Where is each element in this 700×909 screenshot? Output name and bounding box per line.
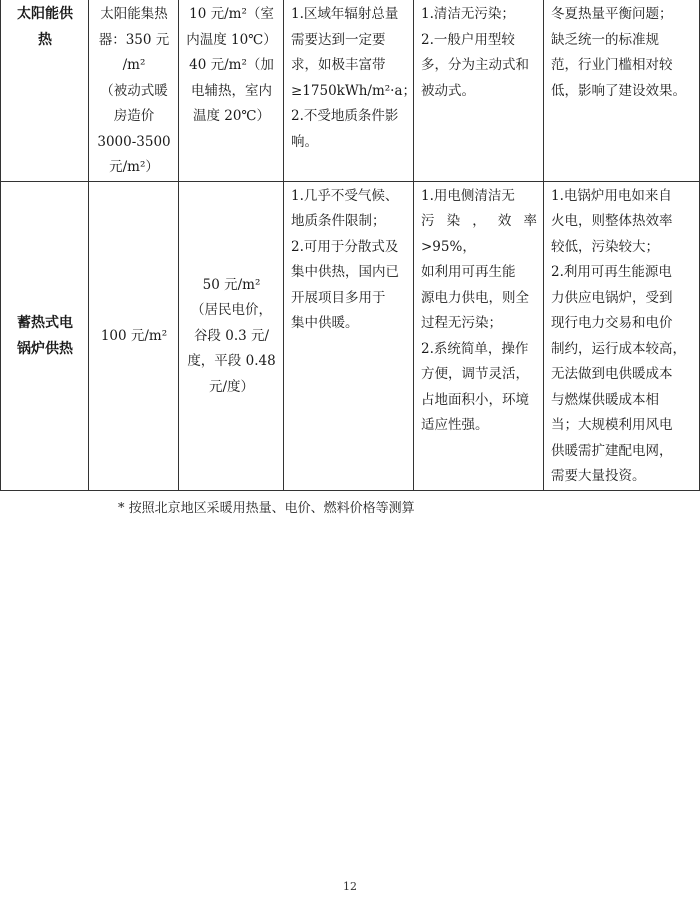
initial-investment-cell: 100 元/m² <box>89 181 179 490</box>
text-line: 如利用可再生能 <box>421 260 537 286</box>
text-line: （居民电价， <box>186 298 277 324</box>
text-line: 热 <box>8 28 82 54</box>
heating-type-cell: 太阳能供 热 <box>1 0 89 181</box>
text-line: 元/度） <box>186 375 277 401</box>
text-line: 污染，效率>95%， <box>421 209 537 260</box>
text-line: 适应性强。 <box>421 413 537 439</box>
text-line: 度，平段 0.48 <box>186 349 277 375</box>
text-line: 需要大量投资。 <box>551 464 693 490</box>
footnote: * 按照北京地区采暖用热量、电价、燃料价格等测算 <box>118 497 415 516</box>
text-line: 太阳能集热 <box>96 2 172 28</box>
text-line: 温度 20℃） <box>186 104 277 130</box>
text-line: 50 元/m² <box>186 273 277 299</box>
text-line: 较低，污染较大； <box>551 235 693 261</box>
text-line: 响。 <box>291 130 407 156</box>
text-line: 求，如极丰富带 <box>291 53 407 79</box>
applicability-cell: 1.几乎不受气候、 地质条件限制； 2.可用于分散式及 集中供热，国内已 开展项… <box>284 181 414 490</box>
text-line: 需要达到一定要 <box>291 28 407 54</box>
text-line: 缺乏统一的标准规 <box>551 28 693 54</box>
text-line: 制约，运行成本较高， <box>551 337 693 363</box>
text-line: 2.不受地质条件影 <box>291 104 407 130</box>
advantages-cell: 1.清洁无污染； 2.一般户用型较 多，分为主动式和 被动式。 <box>414 0 544 181</box>
text-line: 1.几乎不受气候、 <box>291 184 407 210</box>
heating-type-cell: 蓄热式电 锅炉供热 <box>1 181 89 490</box>
text-line: 供暖需扩建配电网， <box>551 439 693 465</box>
text-line: 2.系统简单，操作 <box>421 337 537 363</box>
text-line: 当；大规模利用风电 <box>551 413 693 439</box>
text-line: 现行电力交易和电价 <box>551 311 693 337</box>
text-line: 谷段 0.3 元/ <box>186 324 277 350</box>
problems-cell: 冬夏热量平衡问题； 缺乏统一的标准规 范，行业门槛相对较 低，影响了建设效果。 <box>544 0 700 181</box>
text-line: 力供应电锅炉，受到 <box>551 286 693 312</box>
text-line: 1.电锅炉用电如来自 <box>551 184 693 210</box>
text-line: 10 元/m²（室 <box>186 2 277 28</box>
text-line: 1.用电侧清洁无 <box>421 184 537 210</box>
text-line: 器：350 元 <box>96 28 172 54</box>
text-line: 集中供暖。 <box>291 311 407 337</box>
text-line: 蓄热式电 <box>8 311 82 337</box>
text-line: 2.利用可再生能源电 <box>551 260 693 286</box>
applicability-cell: 1.区域年辐射总量 需要达到一定要 求，如极丰富带 ≥1750kWh/m²·a；… <box>284 0 414 181</box>
text-line: 100 元/m² <box>96 324 172 350</box>
text-line: 1.清洁无污染； <box>421 2 537 28</box>
text-line: 冬夏热量平衡问题； <box>551 2 693 28</box>
text-line: 元/m²） <box>96 155 172 181</box>
text-line: 多，分为主动式和 <box>421 53 537 79</box>
text-line: 方便，调节灵活， <box>421 362 537 388</box>
text-line: 太阳能供 <box>8 2 82 28</box>
text-line: /m² <box>96 53 172 79</box>
table-row-solar-heating: 太阳能供 热 太阳能集热 器：350 元 /m² （被动式暖 房造价 3000-… <box>1 0 700 181</box>
text-line: 40 元/m²（加 <box>186 53 277 79</box>
initial-investment-cell: 太阳能集热 器：350 元 /m² （被动式暖 房造价 3000-3500 元/… <box>89 0 179 181</box>
text-line: 火电，则整体热效率 <box>551 209 693 235</box>
text-line: 过程无污染； <box>421 311 537 337</box>
problems-cell: 1.电锅炉用电如来自 火电，则整体热效率 较低，污染较大； 2.利用可再生能源电… <box>544 181 700 490</box>
text-line: ≥1750kWh/m²·a； <box>291 79 407 105</box>
text-line: 开展项目多用于 <box>291 286 407 312</box>
advantages-cell: 1.用电侧清洁无 污染，效率>95%， 如利用可再生能 源电力供电，则全 过程无… <box>414 181 544 490</box>
text-line: 被动式。 <box>421 79 537 105</box>
text-line: 锅炉供热 <box>8 337 82 363</box>
text-line: （被动式暖 <box>96 79 172 105</box>
text-line: 无法做到电供暖成本 <box>551 362 693 388</box>
text-line: 电辅热，室内 <box>186 79 277 105</box>
table-row-electric-boiler-heating: 蓄热式电 锅炉供热 100 元/m² 50 元/m² （居民电价， 谷段 0.3… <box>1 181 700 490</box>
text-line: 房造价 <box>96 104 172 130</box>
text-line: 与燃煤供暖成本相 <box>551 388 693 414</box>
heating-comparison-table: 太阳能供 热 太阳能集热 器：350 元 /m² （被动式暖 房造价 3000-… <box>0 0 700 491</box>
text-line: 内温度 10℃） <box>186 28 277 54</box>
text-line: 2.一般户用型较 <box>421 28 537 54</box>
text-line: 3000-3500 <box>96 130 172 156</box>
page-number: 12 <box>0 880 700 893</box>
text-line: 低，影响了建设效果。 <box>551 79 693 105</box>
operating-cost-cell: 10 元/m²（室 内温度 10℃） 40 元/m²（加 电辅热，室内 温度 2… <box>179 0 284 181</box>
text-line: 占地面积小，环境 <box>421 388 537 414</box>
text-line: 源电力供电，则全 <box>421 286 537 312</box>
text-line: 地质条件限制； <box>291 209 407 235</box>
text-line: 1.区域年辐射总量 <box>291 2 407 28</box>
operating-cost-cell: 50 元/m² （居民电价， 谷段 0.3 元/ 度，平段 0.48 元/度） <box>179 181 284 490</box>
text-line: 范，行业门槛相对较 <box>551 53 693 79</box>
text-line: 2.可用于分散式及 <box>291 235 407 261</box>
text-line: 集中供热，国内已 <box>291 260 407 286</box>
